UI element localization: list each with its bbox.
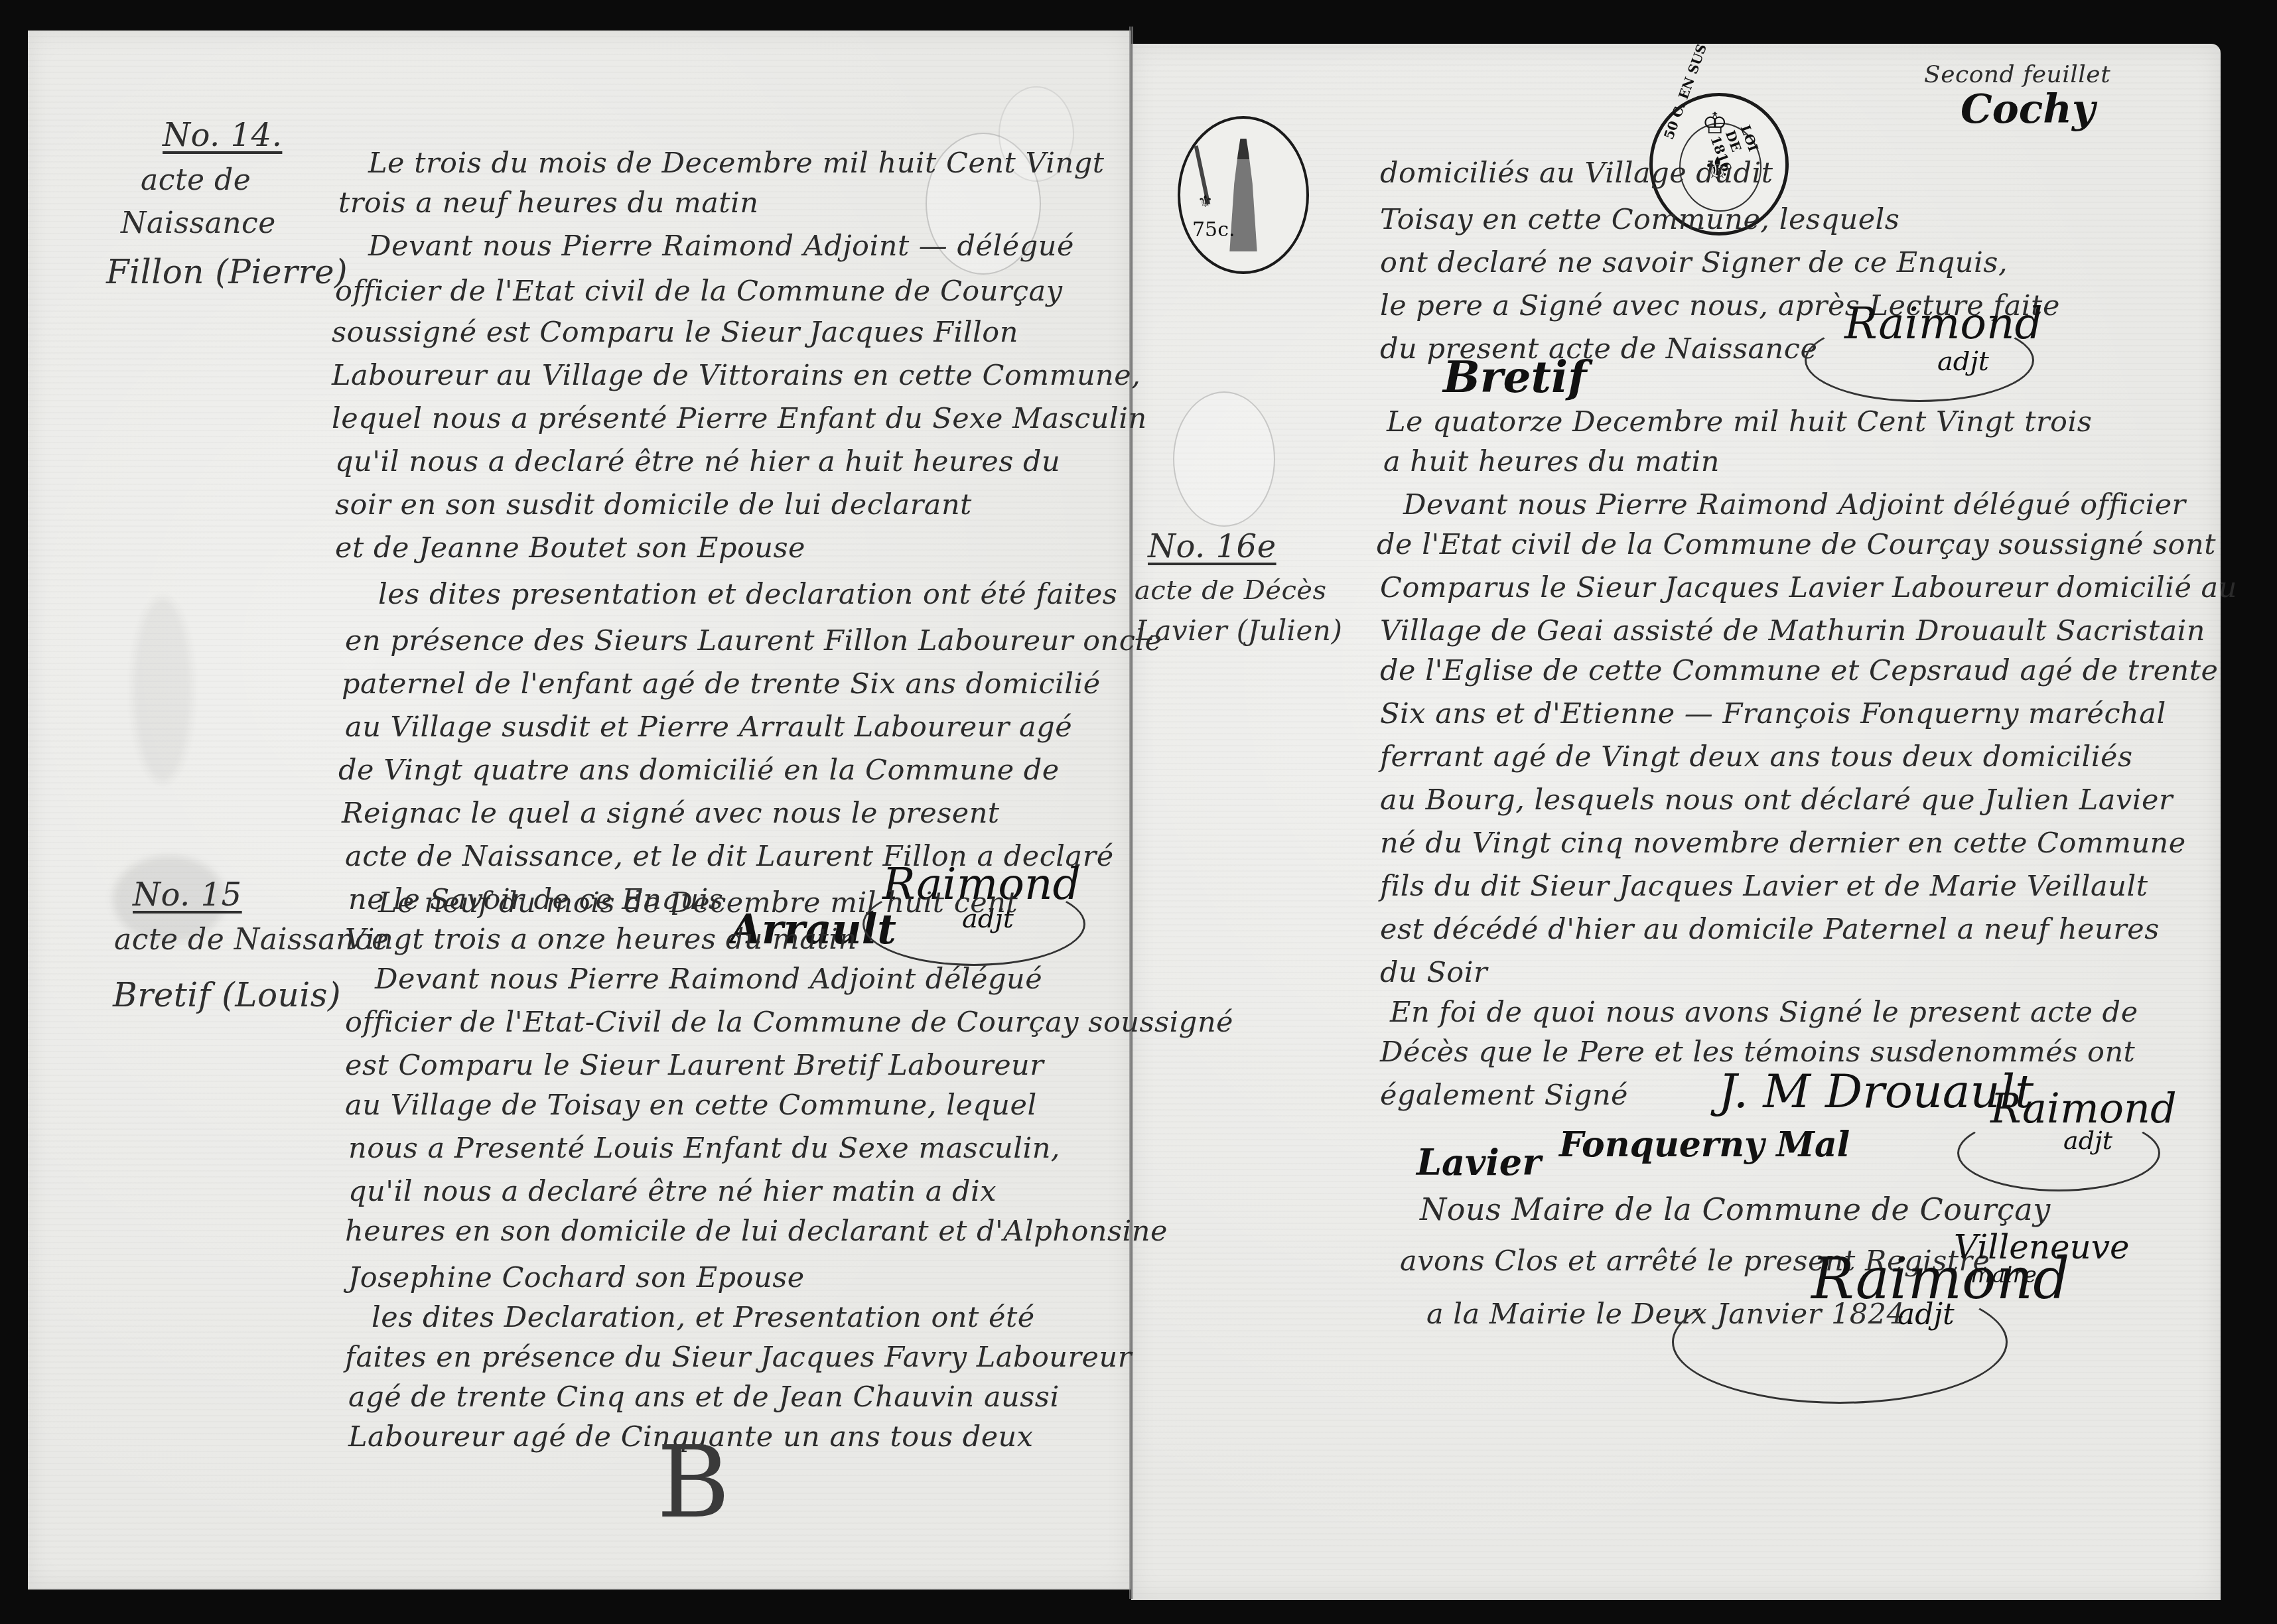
text-line: et de Jeanne Boutet son Epouse	[335, 534, 805, 563]
text-line: fils du dit Sieur Jacques Lavier et de M…	[1380, 872, 2148, 901]
text-line: faites en présence du Sieur Jacques Favr…	[345, 1343, 1132, 1372]
text-line: au Village susdit et Pierre Arrault Labo…	[345, 713, 1072, 742]
text-line: est Comparu le Sieur Laurent Bretif Labo…	[345, 1051, 1044, 1080]
text-line: En foi de quoi nous avons Signé le prese…	[1390, 998, 2138, 1027]
margin-act-type: acte de	[141, 166, 251, 195]
text-line: Six ans et d'Etienne — François Fonquern…	[1380, 700, 2166, 728]
text-line: Le neuf du mois de Decembre mil huit cen…	[378, 889, 1018, 917]
stamp-value: 75c.	[1192, 218, 1235, 241]
margin-person-name: Lavier (Julien)	[1136, 617, 1342, 645]
text-line: Josephine Cochard son Epouse	[348, 1264, 805, 1292]
text-line: né du Vingt cinq novembre dernier en cet…	[1380, 829, 2186, 858]
text-line: également Signé	[1380, 1081, 1628, 1110]
text-line: les dites presentation et declaration on…	[378, 580, 1117, 609]
text-line: Laboureur au Village de Vittorains en ce…	[332, 362, 1140, 390]
text-line: Vingt trois a onze heures du matin	[345, 925, 857, 954]
signature-fonquerny: Fonquerny Mal	[1559, 1128, 1850, 1162]
tax-stamp-allegory: ⚜ 75c.	[1178, 116, 1309, 274]
signature-flourish	[1957, 1115, 2160, 1191]
margin-person-name: Fillon (Pierre)	[106, 255, 348, 289]
folio-note: Second feuillet	[1924, 63, 2110, 87]
text-line: Devant nous Pierre Raimond Adjoint — dél…	[368, 232, 1074, 261]
text-line: paternel de l'enfant agé de trente Six a…	[342, 670, 1101, 699]
entry-number: No. 16e	[1148, 531, 1276, 563]
fleur-de-lis-icon: ⚜	[1198, 192, 1213, 212]
text-line: ferrant agé de Vingt deux ans tous deux …	[1380, 743, 2133, 772]
text-line: Village de Geai assisté de Mathurin Drou…	[1380, 617, 2205, 645]
signature-bretif: Bretif	[1443, 355, 1587, 399]
text-line: qu'il nous a declaré être né hier matin …	[348, 1178, 997, 1206]
entry-number: No. 15	[133, 879, 242, 911]
text-line: qu'il nous a declaré être né hier a huit…	[335, 448, 1060, 476]
text-line: domiciliés au Village dudit	[1380, 159, 1773, 188]
margin-act-type: acte de Décès	[1135, 577, 1327, 604]
text-line: Devant nous Pierre Raimond Adjoint délég…	[375, 965, 1042, 994]
text-line: Décès que le Pere et les témoins susdeno…	[1380, 1038, 2135, 1067]
text-line: de l'Eglise de cette Commune et Cepsraud…	[1380, 657, 2219, 685]
text-line: au Village de Toisay en cette Commune, l…	[345, 1091, 1037, 1120]
text-line: Toisay en cette Commune, lesquels	[1380, 206, 1899, 234]
text-line: du Soir	[1380, 959, 1487, 987]
text-line: Devant nous Pierre Raimond Adjoint délég…	[1403, 491, 2186, 519]
text-line: officier de l'Etat-Civil de la Commune d…	[345, 1008, 1233, 1037]
text-line: soussigné est Comparu le Sieur Jacques F…	[332, 318, 1018, 347]
signature-initial-b: B	[657, 1433, 730, 1532]
text-line: de l'Etat civil de la Commune de Courçay…	[1377, 531, 2216, 559]
text-line: trois a neuf heures du matin	[338, 189, 759, 218]
text-line: Nous Maire de la Commune de Courçay	[1420, 1194, 2051, 1225]
text-line: au Bourg, lesquels nous ont déclaré que …	[1380, 786, 2173, 815]
text-line: nous a Presenté Louis Enfant du Sexe mas…	[348, 1134, 1060, 1163]
text-line: Comparus le Sieur Jacques Lavier Laboure…	[1380, 574, 2237, 602]
text-line: les dites Declaration, et Presentation o…	[372, 1304, 1035, 1332]
text-line: a huit heures du matin	[1383, 448, 1720, 476]
signature-drouault: J. M Drouault	[1718, 1068, 2034, 1115]
text-line: soir en son susdit domicile de lui decla…	[335, 491, 972, 519]
text-line: Reignac le quel a signé avec nous le pre…	[342, 799, 1000, 828]
signature-lavier: Lavier	[1416, 1144, 1541, 1180]
text-line: agé de trente Cinq ans et de Jean Chauvi…	[348, 1383, 1060, 1412]
text-line: officier de l'Etat civil de la Commune d…	[335, 277, 1062, 306]
embossed-seal-right	[1173, 391, 1275, 527]
signature-flourish	[1672, 1280, 2008, 1404]
text-line: lequel nous a présenté Pierre Enfant du …	[332, 405, 1147, 433]
text-line: est décédé d'hier au domicile Paternel a…	[1380, 915, 2160, 944]
signature-flourish	[1805, 318, 2034, 402]
text-line: de Vingt quatre ans domicilié en la Comm…	[338, 756, 1060, 785]
text-line: ont declaré ne savoir Signer de ce Enqui…	[1380, 249, 2008, 277]
margin-act-type: Naissance	[121, 209, 276, 238]
text-line: Le quatorze Decembre mil huit Cent Vingt…	[1387, 408, 2092, 437]
ink-smudge	[133, 597, 192, 783]
text-line: en présence des Sieurs Laurent Fillon La…	[345, 627, 1162, 655]
text-line: heures en son domicile de lui declarant …	[345, 1217, 1168, 1246]
paraph-signature: Cochy	[1961, 90, 2095, 129]
text-line: Le trois du mois de Decembre mil huit Ce…	[368, 149, 1105, 178]
entry-number: No. 14.	[163, 119, 282, 151]
margin-person-name: Bretif (Louis)	[113, 979, 341, 1012]
